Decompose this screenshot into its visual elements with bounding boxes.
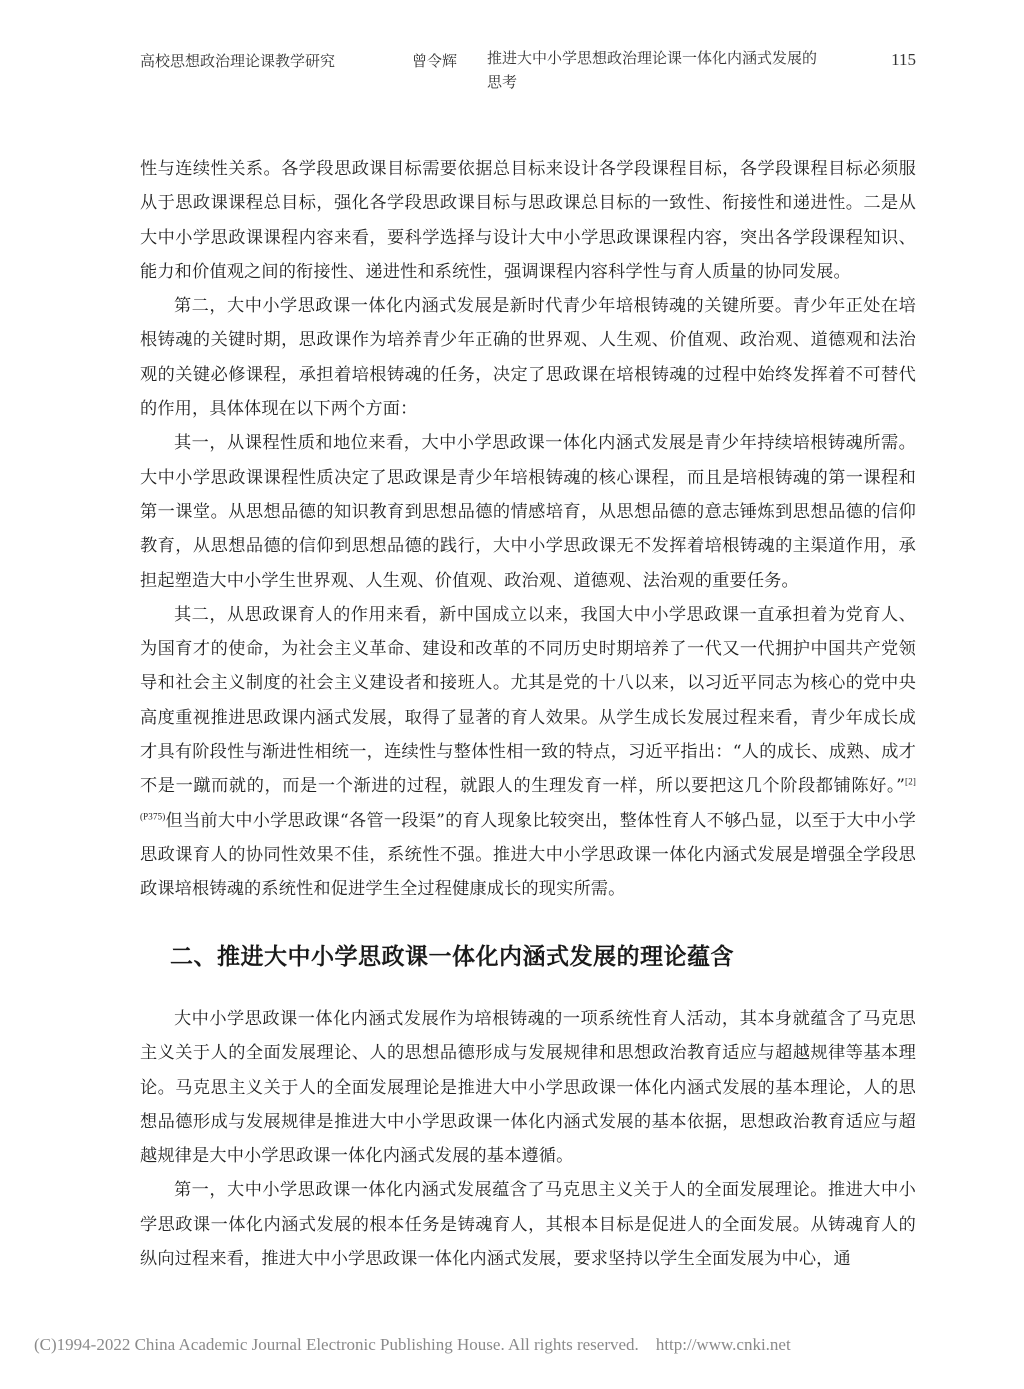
footer-url[interactable]: http://www.cnki.net	[656, 1335, 791, 1354]
copyright-text: (C)1994-2022 China Academic Journal Elec…	[34, 1335, 639, 1354]
journal-name: 高校思想政治理论课教学研究	[140, 50, 335, 71]
article-title: 推进大中小学思想政治理论课一体化内涵式发展的思考	[487, 46, 817, 94]
article-author: 曾令辉	[412, 50, 457, 71]
running-header: 高校思想政治理论课教学研究 曾令辉 推进大中小学思想政治理论课一体化内涵式发展的…	[140, 50, 930, 100]
body-text-section-2: 大中小学思政课一体化内涵式发展作为培根铸魂的一项系统性育人活动，其本身就蕴含了马…	[140, 1002, 916, 1276]
paragraph-second-point: 第二，大中小学思政课一体化内涵式发展是新时代青少年培根铸魂的关键所要。青少年正处…	[140, 289, 916, 426]
page-number: 115	[891, 50, 916, 70]
body-text-section-1: 性与连续性关系。各学段思政课目标需要依据总目标来设计各学段课程目标，各学段课程目…	[140, 152, 916, 907]
section-heading: 二、推进大中小学思政课一体化内涵式发展的理论蕴含	[170, 938, 734, 971]
paragraph-continuation: 性与连续性关系。各学段思政课目标需要依据总目标来设计各学段课程目标，各学段课程目…	[140, 152, 916, 289]
paragraph-intro: 大中小学思政课一体化内涵式发展作为培根铸魂的一项系统性育人活动，其本身就蕴含了马…	[140, 1002, 916, 1173]
paragraph-second-aspect: 其二，从思政课育人的作用来看，新中国成立以来，我国大中小学思政课一直承担着为党育…	[140, 598, 916, 907]
paragraph-text-after-citation: 但当前大中小学思政课“各管一段渠”的育人现象比较突出，整体性育人不够凸显，以至于…	[140, 811, 916, 900]
quote-text: 其二，从思政课育人的作用来看，新中国成立以来，我国大中小学思政课一直承担着为党育…	[140, 605, 916, 796]
copyright-footer: (C)1994-2022 China Academic Journal Elec…	[34, 1335, 791, 1355]
paragraph-first-aspect: 其一，从课程性质和地位来看，大中小学思政课一体化内涵式发展是青少年持续培根铸魂所…	[140, 426, 916, 597]
paragraph-first-theory: 第一，大中小学思政课一体化内涵式发展蕴含了马克思主义关于人的全面发展理论。推进大…	[140, 1173, 916, 1276]
